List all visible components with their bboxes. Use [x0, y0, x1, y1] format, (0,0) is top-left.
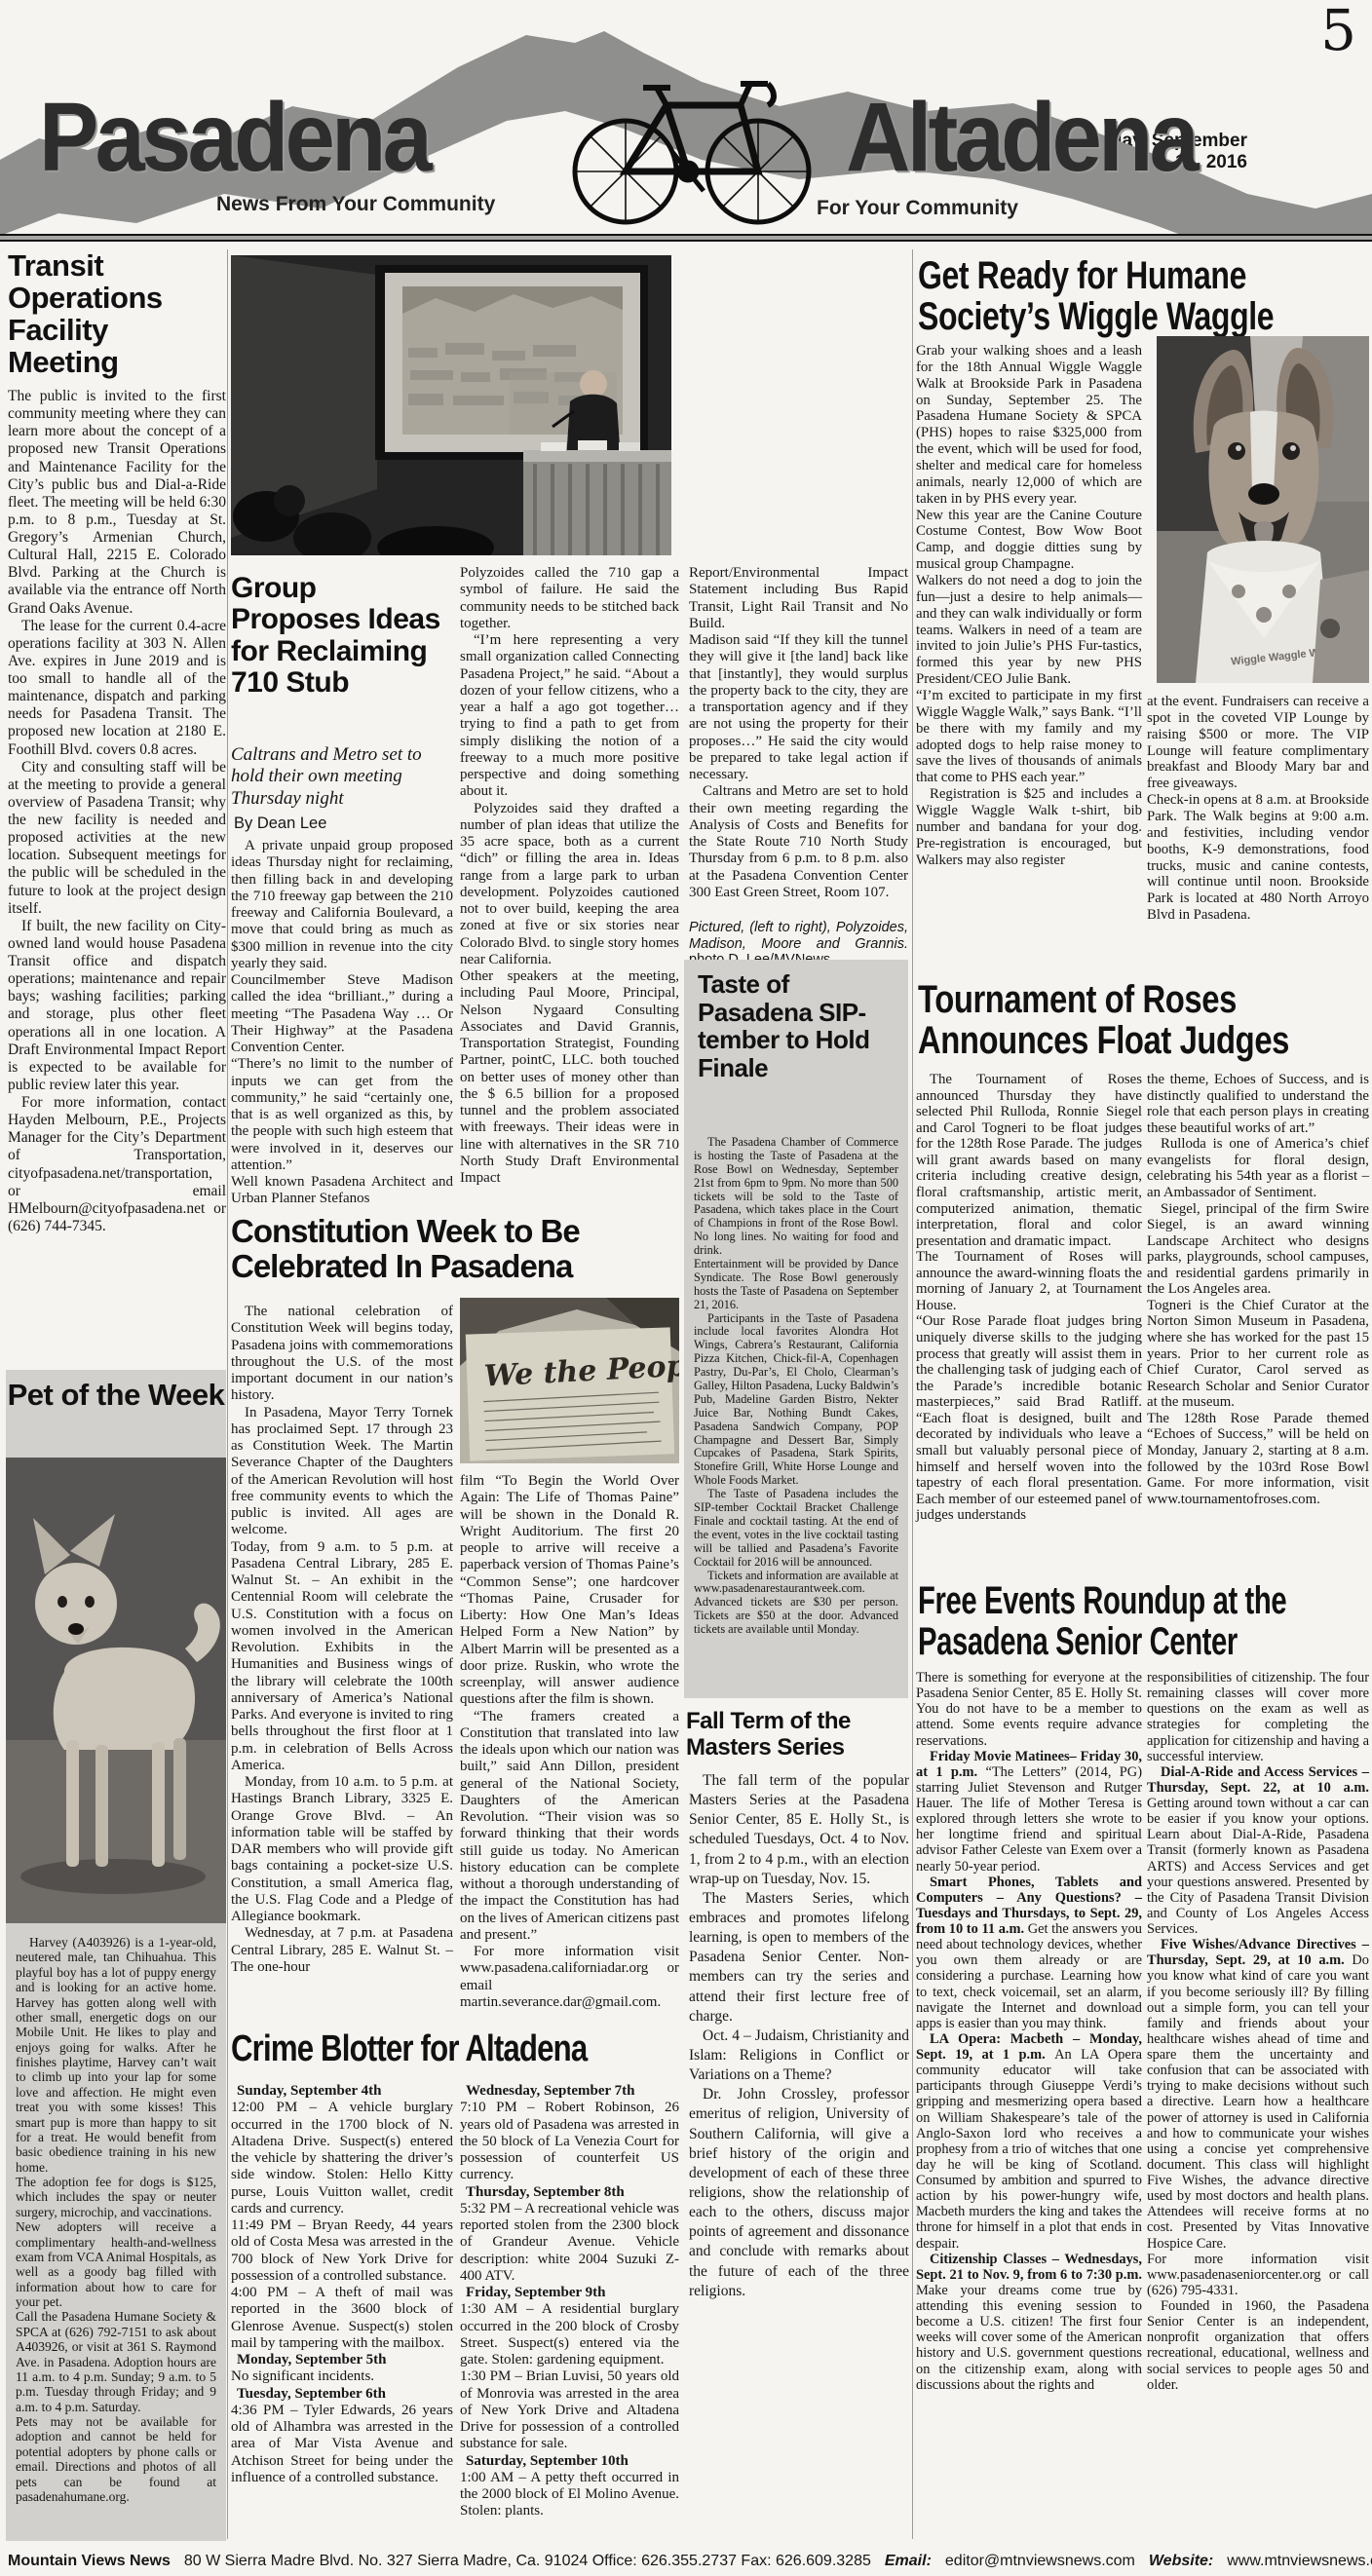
constitution-column-1: The national celebration of Constitution…	[231, 1304, 453, 1976]
paragraph: The adoption fee for dogs is $125, which…	[16, 2175, 216, 2219]
constitution-column-2: film “To Begin the World Over Again: The…	[460, 1473, 679, 2011]
g710-column-3: Report/Environmental Impact Statement in…	[689, 565, 908, 901]
paragraph: If built, the new facility on City-owned…	[8, 918, 226, 1094]
page-footer: Mountain Views News 80 W Sierra Madre Bl…	[0, 2547, 1372, 2576]
constitution-photo: We the People	[460, 1298, 679, 1463]
paragraph: For more information, contact Hayden Mel…	[8, 1094, 226, 1235]
paragraph: For more information visit www.pasadenas…	[1147, 2252, 1369, 2298]
wiggle-article-title: Get Ready for Humane Society’s Wiggle Wa…	[918, 255, 1370, 337]
transit-article-title: Transit Operations Facility Meeting	[8, 249, 226, 379]
paragraph: New this year are the Canine Couture Cos…	[916, 508, 1142, 573]
masthead-title-left: Pasadena	[39, 82, 429, 194]
paragraph: Report/Environmental Impact Statement in…	[689, 565, 908, 632]
senior-article-title: Free Events Roundup at the Pasadena Seni…	[918, 1580, 1372, 1662]
crime-entry: 1:30 AM – A residential burglary occurre…	[460, 2301, 679, 2368]
pet-of-week-body: Harvey (A403926) is a 1-year-old, neuter…	[16, 1935, 216, 2504]
paragraph: Togneri is the Chief Curator at the Nort…	[1147, 1298, 1369, 1411]
paragraph: The public is invited to the first commu…	[8, 388, 226, 618]
paragraph: Polyzoides called the 710 gap a symbol o…	[460, 565, 679, 632]
crime-entry: 1:30 PM – Brian Luvisi, 50 years old of …	[460, 2368, 679, 2452]
g710-article-subtitle: Caltrans and Metro set to hold their own…	[231, 744, 451, 810]
caption-text: Pictured, (left to right), Polyzoides, M…	[689, 920, 908, 952]
masthead-tagline-right: For Your Community	[817, 197, 1018, 220]
paragraph: “Our Rose Parade float judges bring uniq…	[916, 1313, 1142, 1523]
crime-date: Friday, September 9th	[460, 2285, 679, 2301]
paragraph: Check-in opens at 8 a.m. at Brookside Pa…	[1147, 792, 1369, 924]
paragraph: responsibilities of citizenship. The fou…	[1147, 1670, 1369, 1764]
paragraph: Grab your walking shoes and a leash for …	[916, 343, 1142, 508]
pet-photo	[6, 1458, 226, 1923]
crime-entry: No significant incidents.	[231, 2368, 453, 2385]
paragraph: Pets may not be available for adoption a…	[16, 2414, 216, 2504]
paragraph: The Masters Series, which embraces and p…	[689, 1889, 909, 2027]
event-entry: Citizenship Classes – Wednesdays, Sept. …	[916, 2252, 1142, 2393]
footer-website-label: Website:	[1149, 2553, 1213, 2570]
g710-byline: By Dean Lee	[234, 814, 326, 833]
crime-entry: 11:49 PM – Bryan Reedy, 44 years old of …	[231, 2217, 453, 2285]
paragraph: Call the Pasadena Humane Society & SPCA …	[16, 2309, 216, 2414]
constitution-article-title: Constitution Week to Be Celebrated In Pa…	[231, 1214, 684, 1285]
wiggle-column-1: Grab your walking shoes and a leash for …	[916, 343, 1142, 869]
paragraph: Other speakers at the meeting, including…	[460, 968, 679, 1187]
event-entry: Five Wishes/Advance Directives – Thursda…	[1147, 1937, 1369, 2252]
paragraph: Founded in 1960, the Pasadena Senior Cen…	[1147, 2298, 1369, 2393]
paragraph: “The framers created a Constitution that…	[460, 1709, 679, 1945]
crime-date: Tuesday, September 6th	[231, 2386, 453, 2403]
pet-of-week-title: Pet of the Week	[6, 1380, 226, 1412]
masthead-title-right: Altadena	[846, 82, 1196, 194]
g710-column-2: Polyzoides called the 710 gap a symbol o…	[460, 565, 679, 1187]
crime-blotter-column-1: Sunday, September 4th 12:00 PM – A vehic…	[231, 2083, 453, 2486]
masthead-rule	[0, 234, 1372, 242]
roses-column-2: the theme, Echoes of Success, and is dis…	[1147, 1072, 1369, 1507]
paragraph: Walkers do not need a dog to join the fu…	[916, 573, 1142, 688]
paragraph: The Tournament of Roses will announce th…	[916, 1249, 1142, 1313]
paragraph: Today, from 9 a.m. to 5 p.m. at Pasadena…	[231, 1539, 453, 1775]
crime-entry: 12:00 PM – A vehicle burglary occurred i…	[231, 2100, 453, 2217]
crime-entry: 4:00 PM – A theft of mail was reported i…	[231, 2285, 453, 2352]
paragraph: the theme, Echoes of Success, and is dis…	[1147, 1072, 1369, 1136]
paragraph: Well known Pasadena Architect and Urban …	[231, 1174, 453, 1208]
g710-column-1: A private unpaid group proposed ideas Th…	[231, 838, 453, 1208]
paragraph: The Pasadena Chamber of Commerce is host…	[694, 1136, 898, 1258]
masters-article-body: The fall term of the popular Masters Ser…	[689, 1771, 909, 2301]
paragraph: The lease for the current 0.4-acre opera…	[8, 618, 226, 759]
crime-date: Wednesday, September 7th	[460, 2083, 679, 2100]
paragraph: film “To Begin the World Over Again: The…	[460, 1473, 679, 1709]
senior-column-1: There is something for everyone at the P…	[916, 1670, 1142, 2393]
event-text: Do you know what kind of care you want i…	[1147, 1952, 1369, 2251]
paragraph: Registration is $25 and includes a Wiggl…	[916, 786, 1142, 868]
paragraph: A private unpaid group proposed ideas Th…	[231, 838, 453, 972]
event-entry: Dial-A-Ride and Access Services – Thursd…	[1147, 1764, 1369, 1937]
paragraph: Entertainment will be provided by Dance …	[694, 1258, 898, 1312]
paragraph: Harvey (A403926) is a 1-year-old, neuter…	[16, 1935, 216, 2175]
paragraph: For more information visit www.pasadena.…	[460, 1944, 679, 2011]
paragraph: Madison said “If they kill the tunnel th…	[689, 632, 908, 783]
crime-blotter-column-2: Wednesday, September 7th 7:10 PM – Rober…	[460, 2083, 679, 2520]
wiggle-dog-photo: Wiggle Waggle Walk	[1157, 336, 1369, 683]
newspaper-page: { "page": { "number": "5", "edition": "M…	[0, 0, 1372, 2576]
crime-date: Monday, September 5th	[231, 2352, 453, 2368]
event-text: Getting around town without a car can be…	[1147, 1796, 1369, 1937]
wiggle-column-2: at the event. Fundraisers can receive a …	[1147, 694, 1369, 924]
paragraph: The fall term of the popular Masters Ser…	[689, 1771, 909, 1889]
paragraph: Monday, from 10 a.m. to 5 p.m. at Hastin…	[231, 1774, 453, 1925]
crime-date: Thursday, September 8th	[460, 2184, 679, 2201]
crime-entry: 4:36 PM – Tyler Edwards, 26 years old of…	[231, 2403, 453, 2486]
footer-website: www.mtnviewsnews.com	[1227, 2553, 1372, 2570]
taste-article-title: Taste of Pasadena SIP-tember to Hold Fin…	[698, 970, 893, 1081]
transit-article-body: The public is invited to the first commu…	[8, 388, 226, 1235]
g710-article-title: Group Proposes Ideas for Reclaiming 710 …	[231, 573, 453, 700]
paragraph: The Taste of Pasadena includes the SIP-t…	[694, 1488, 898, 1569]
event-entry: Friday Movie Matinees– Friday 30, at 1 p…	[916, 1749, 1142, 1875]
paragraph: at the event. Fundraisers can receive a …	[1147, 694, 1369, 792]
column-divider	[227, 249, 228, 2539]
crime-entry: 1:00 AM – A petty theft occurred in the …	[460, 2470, 679, 2520]
paragraph: Rulloda is one of America’s chief evange…	[1147, 1136, 1369, 1200]
event-text: An LA Opera community educator will take…	[916, 2047, 1142, 2252]
paragraph: The 128th Rose Parade themed “Echoes of …	[1147, 1411, 1369, 1507]
paragraph: “I’m excited to participate in my first …	[916, 688, 1142, 786]
paragraph: New adopters will receive a complimentar…	[16, 2219, 216, 2309]
event-entry: LA Opera: Macbeth – Monday, Sept. 19, at…	[916, 2031, 1142, 2252]
paragraph: Oct. 4 – Judaism, Christianity and Islam…	[689, 2027, 909, 2085]
senior-column-2: responsibilities of citizenship. The fou…	[1147, 1670, 1369, 2393]
paragraph: The national celebration of Constitution…	[231, 1304, 453, 1405]
footer-email-label: Email:	[885, 2553, 932, 2570]
crime-date: Sunday, September 4th	[231, 2083, 453, 2100]
paragraph: There is something for everyone at the P…	[916, 1670, 1142, 1749]
masters-article-title: Fall Term of the Masters Series	[686, 1709, 908, 1762]
paragraph: Polyzoides said they drafted a number of…	[460, 801, 679, 969]
crime-entry: 5:32 PM – A recreational vehicle was rep…	[460, 2201, 679, 2285]
paragraph: “There’s no limit to the number of input…	[231, 1056, 453, 1174]
paragraph: Councilmember Steve Madison called the i…	[231, 972, 453, 1056]
crime-entry: 7:10 PM – Robert Robinson, 26 years old …	[460, 2100, 679, 2183]
event-text: Make your dreams come true by attending …	[916, 2283, 1142, 2393]
roses-column-1: The Tournament of Roses announced Thursd…	[916, 1072, 1142, 1524]
footer-address: 80 W Sierra Madre Blvd. No. 327 Sierra M…	[184, 2553, 871, 2570]
paragraph: The Tournament of Roses announced Thursd…	[916, 1072, 1142, 1249]
paragraph: City and consulting staff will be at the…	[8, 759, 226, 918]
footer-brand: Mountain Views News	[8, 2553, 171, 2570]
paragraph: In Pasadena, Mayor Terry Tornek has proc…	[231, 1405, 453, 1539]
footer-email: editor@mtnviewsnews.com	[945, 2553, 1135, 2570]
paragraph: Dr. John Crossley, professor emeritus of…	[689, 2085, 909, 2301]
column-divider	[912, 249, 913, 2539]
paragraph: Tickets and information are available at…	[694, 1570, 898, 1637]
roses-article-title: Tournament of Roses Announces Float Judg…	[918, 979, 1372, 1061]
crime-blotter-title: Crime Blotter for Altadena	[231, 2028, 587, 2070]
crime-date: Saturday, September 10th	[460, 2453, 679, 2470]
event-entry: Smart Phones, Tablets and Computers – An…	[916, 1875, 1142, 2031]
event-text: “The Letters” (2014, PG) starring Juliet…	[916, 1764, 1142, 1875]
paragraph: Wednesday, at 7 p.m. at Pasadena Central…	[231, 1925, 453, 1976]
event-title: Dial-A-Ride and Access Services – Thursd…	[1147, 1764, 1369, 1796]
meeting-photo	[231, 255, 671, 555]
bicycle-icon	[559, 47, 824, 232]
taste-article-body: The Pasadena Chamber of Commerce is host…	[694, 1136, 898, 1637]
paragraph: “I’m here representing a very small orga…	[460, 632, 679, 801]
event-title: Citizenship Classes – Wednesdays, Sept. …	[916, 2252, 1142, 2283]
paragraph: Caltrans and Metro are set to hold their…	[689, 783, 908, 901]
paragraph: Siegel, principal of the firm Swire Sieg…	[1147, 1201, 1369, 1298]
paragraph: Participants in the Taste of Pasadena in…	[694, 1312, 898, 1489]
event-text: Get the answers you need about technolog…	[916, 1921, 1142, 2031]
masthead-tagline-left: News From Your Community	[216, 193, 495, 216]
event-title: Five Wishes/Advance Directives – Thursda…	[1147, 1937, 1369, 1968]
